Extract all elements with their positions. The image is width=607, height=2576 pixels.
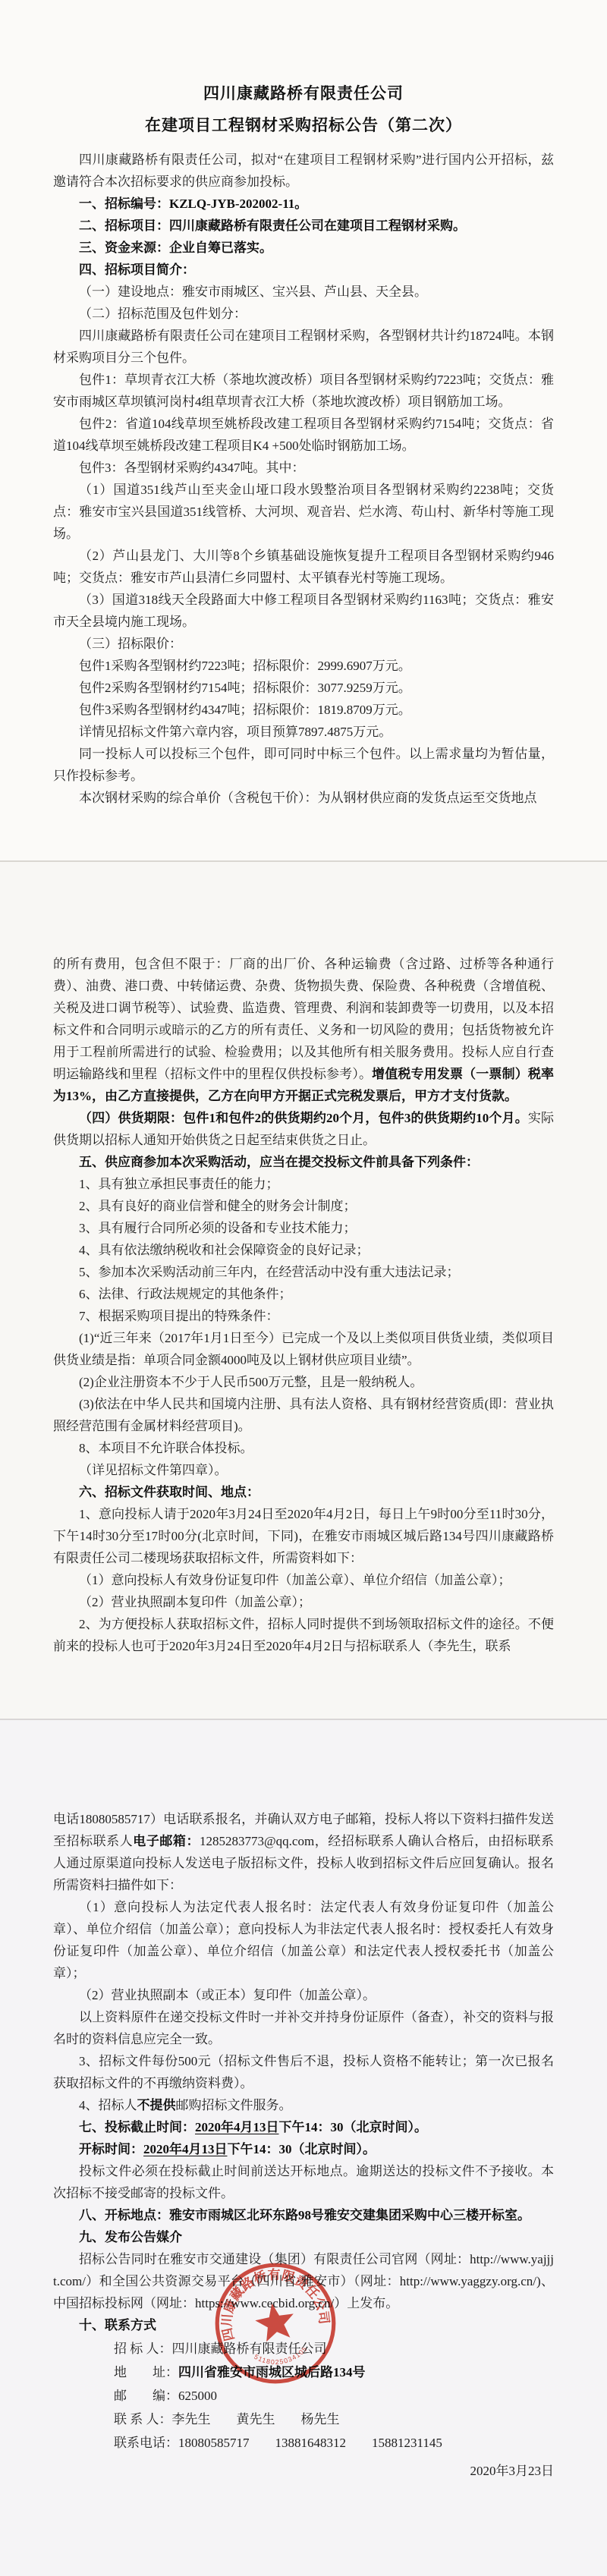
text-run: 2020年4月13日 — [143, 2142, 228, 2156]
condition-6: 6、法律、行政法规规定的其他条件； — [53, 1283, 554, 1305]
text-run: 3、具有履行合同所必须的设备和专业技术能力； — [79, 1221, 357, 1235]
sub-heading: （二）招标范围及包件划分： — [53, 303, 554, 325]
text-run: 七、投标截止时间： — [79, 2120, 195, 2134]
section-heading-8: 八、开标地点：雅安市雨城区北环东路98号雅安交建集团采购中心三楼开标室。 — [53, 2204, 554, 2226]
sub-heading: （一）建设地点：雅安市雨城区、宝兴县、芦山县、天全县。 — [53, 281, 554, 303]
text-run: 2、具有良好的商业信誉和健全的财务会计制度； — [79, 1199, 357, 1213]
contact-tenderer: 招 标 人：四川康藏路桥有限责任公司 — [114, 2338, 554, 2360]
sub-heading: （三）招标限价： — [53, 633, 554, 655]
text-run: 联系电话：18080585717 13881648312 15881231145 — [114, 2436, 442, 2450]
text-run: (3)依法在中华人民共和国境内注册、具有法人资格、具有钢材经营资质(即：营业执照… — [53, 1397, 554, 1433]
text-run: 包件2：省道104线草坝至姚桥段改建工程项目各型钢材采购约7154吨；交货点：省… — [53, 417, 554, 453]
price-limit-2: 包件2采购各型钢材约7154吨；招标限价：3077.9259万元。 — [53, 677, 554, 699]
condition-4: 4、具有依法缴纳税收和社会保障资金的良好记录； — [53, 1239, 554, 1261]
text-run: 5、参加本次采购活动前三年内，在经营活动中没有重大违法记录； — [79, 1265, 460, 1279]
text-run: (1)“近三年来（2017年1月1日至今）已完成一个及以上类似项目供货业绩，类似… — [53, 1331, 554, 1367]
text-run: 联 系 人：李先生 黄先生 杨先生 — [114, 2412, 340, 2427]
page-2: 的所有费用，包含但不限于：厂商的出厂价、各种运输费（含过路、过桥等各种通行费）、… — [0, 860, 607, 1719]
text-run: （2）营业执照副本复印件（加盖公章）； — [79, 1595, 311, 1609]
section-heading-6: 六、招标文件获取时间、地点： — [53, 1481, 554, 1503]
contact-phones: 联系电话：18080585717 13881648312 15881231145 — [114, 2432, 554, 2454]
section-heading-3: 三、资金来源：企业自筹已落实。 — [53, 237, 554, 259]
doc-title: 四川康藏路桥有限责任公司 — [53, 80, 554, 106]
bid-opening-time: 开标时间：2020年4月13日下午14：30（北京时间）。 — [53, 2138, 554, 2160]
page-2-content: 的所有费用，包含但不限于：厂商的出厂价、各种运输费（含过路、过桥等各种通行费）、… — [53, 953, 554, 1657]
package-1-paragraph: 包件1：草坝青衣江大桥（茶地坎渡改桥）项目各型钢材采购约7223吨；交货点：雅安… — [53, 369, 554, 413]
price-limit-3: 包件3采购各型钢材约4347吨；招标限价：1819.8709万元。 — [53, 699, 554, 721]
text-run: 十、联系方式 — [79, 2318, 156, 2332]
section-heading-2: 二、招标项目：四川康藏路桥有限责任公司在建项目工程钢材采购。 — [53, 215, 554, 237]
text-run: 同一投标人可以投标三个包件，即可同时中标三个包件。以上需求量均为暂估量，只作投标… — [53, 747, 554, 783]
text-run: 1、意向投标人请于2020年3月24日至2020年4月2日，每日上午9时00分至… — [53, 1507, 554, 1565]
package-3-item-1: （1）国道351线芦山至夹金山垭口段水毁整治项目各型钢材采购约2238吨；交货点… — [53, 479, 554, 545]
condition-7: 7、根据采购项目提出的特殊条件： — [53, 1305, 554, 1327]
paragraph: 四川康藏路桥有限责任公司在建项目工程钢材采购，各型钢材共计约18724吨。本钢材… — [53, 325, 554, 369]
text-run: （1）国道351线芦山至夹金山垭口段水毁整治项目各型钢材采购约2238吨；交货点… — [53, 483, 554, 541]
condition-8: 8、本项目不允许联合体投标。 — [53, 1437, 554, 1459]
condition-2: 2、具有良好的商业信誉和健全的财务会计制度； — [53, 1195, 554, 1217]
text-run: 包件2采购各型钢材约7154吨；招标限价：3077.9259万元。 — [79, 681, 411, 695]
condition-7-2: (2)企业注册资本不少于人民币500万元整，且是一般纳税人。 — [53, 1371, 554, 1393]
text-run: 地 址： — [114, 2365, 178, 2379]
text-run: 详情见招标文件第六章内容，项目预算7897.4875万元。 — [79, 725, 392, 739]
condition-3: 3、具有履行合同所必须的设备和专业技术能力； — [53, 1217, 554, 1239]
paragraph: 电话18080585717）电话联系报名，并确认双方电子邮箱，投标人将以下资料扫… — [53, 1808, 554, 1896]
section-heading-10: 十、联系方式 — [53, 2314, 554, 2336]
text-run: 邮 编：625000 — [114, 2389, 217, 2403]
text-run: 招标公告同时在雅安市交通建设（集团）有限责任公司官网（网址：http://www… — [53, 2252, 554, 2310]
text-run: 六、招标文件获取时间、地点： — [79, 1485, 259, 1499]
media-paragraph: 招标公告同时在雅安市交通建设（集团）有限责任公司官网（网址：http://www… — [53, 2248, 554, 2314]
text-run: 8、本项目不允许联合体投标。 — [79, 1441, 253, 1455]
text-run: 招 标 人：四川康藏路桥有限责任公司 — [114, 2342, 327, 2356]
text-run: 四川康藏路桥有限责任公司在建项目工程钢材采购，各型钢材共计约18724吨。本钢材… — [53, 329, 554, 365]
text-run: 的所有费用，包含但不限于：厂商的出厂价、各种运输费（含过路、过桥等各种通行费）、… — [53, 957, 554, 1081]
text-run: 一、招标编号：KZLQ-JYB-202002-11。 — [79, 197, 307, 211]
text-run: 2、为方便投标人获取招标文件，招标人同时提供不到场领取招标文件的途径。不便前来的… — [53, 1617, 554, 1653]
section-heading-7: 七、投标截止时间：2020年4月13日下午14：30（北京时间）。 — [53, 2116, 554, 2138]
text-run: 二、招标项目：四川康藏路桥有限责任公司在建项目工程钢材采购。 — [79, 219, 466, 233]
package-3-paragraph: 包件3：各型钢材采购约4347吨。其中： — [53, 457, 554, 479]
page-3-content: 电话18080585717）电话联系报名，并确认双方电子邮箱，投标人将以下资料扫… — [53, 1808, 554, 2454]
text-run: 八、开标地点：雅安市雨城区北环东路98号雅安交建集团采购中心三楼开标室。 — [79, 2208, 530, 2222]
text-run: 2020年4月13日 — [195, 2120, 279, 2134]
text-run: （1）意向投标人有效身份证复印件（加盖公章）、单位介绍信（加盖公章）； — [79, 1573, 511, 1587]
text-run: 不提供 — [137, 2098, 176, 2112]
text-run: （详见招标文件第四章）。 — [79, 1463, 228, 1477]
text-run: 本次钢材采购的综合单价（含税包干价）：为从钢材供应商的发货点运至交货地点 — [79, 791, 537, 805]
paragraph: 同一投标人可以投标三个包件，即可同时中标三个包件。以上需求量均为暂估量，只作投标… — [53, 743, 554, 787]
text-run: （2）营业执照副本（或正本）复印件（加盖公章）。 — [79, 1988, 376, 2002]
condition-1: 1、具有独立承担民事责任的能力； — [53, 1173, 554, 1195]
package-3-item-3: （3）国道318线天全段路面大中修工程项目各型钢材采购约1163吨；交货点：雅安… — [53, 589, 554, 633]
tender-announcement-document: 四川康藏路桥有限责任公司 在建项目工程钢材采购招标公告（第二次） 四川康藏路桥有… — [0, 0, 607, 2576]
text-run: 四川康藏路桥有限责任公司，拟对“在建项目工程钢材采购”进行国内公开招标，兹邀请符… — [53, 153, 554, 189]
text-run: 下午14：30（北京时间）。 — [228, 2142, 376, 2156]
section-heading-9: 九、发布公告媒介 — [53, 2226, 554, 2248]
text-run: 4、招标人 — [79, 2098, 137, 2112]
text-run: （一）建设地点：雅安市雨城区、宝兴县、芦山县、天全县。 — [79, 285, 427, 299]
paragraph: 的所有费用，包含但不限于：厂商的出厂价、各种运输费（含过路、过桥等各种通行费）、… — [53, 953, 554, 1107]
required-doc-2: （2）营业执照副本复印件（加盖公章）； — [53, 1591, 554, 1613]
paragraph: （详见招标文件第四章）。 — [53, 1459, 554, 1481]
paragraph: 4、招标人不提供邮购招标文件服务。 — [53, 2094, 554, 2116]
condition-7-1: (1)“近三年来（2017年1月1日至今）已完成一个及以上类似项目供货业绩，类似… — [53, 1327, 554, 1371]
paragraph: 本次钢材采购的综合单价（含税包干价）：为从钢材供应商的发货点运至交货地点 — [53, 787, 554, 809]
text-run: 九、发布公告媒介 — [79, 2230, 182, 2244]
text-run: 下午14：30（北京时间）。 — [279, 2120, 428, 2134]
text-run: 3、招标文件每份500元（招标文件售后不退，投标人资格不能转让；第一次已报名获取… — [53, 2054, 554, 2090]
text-run: （2）芦山县龙门、大川等8个乡镇基础设施恢复提升工程项目各型钢材采购约946吨；… — [53, 549, 554, 585]
contact-address: 地 址：四川省雅安市雨城区城后路134号 — [114, 2361, 554, 2383]
text-run: （三）招标限价： — [79, 637, 182, 651]
paragraph: 投标文件必须在投标截止时间前送达开标地点。逾期送达的投标文件不予接收。本次招标不… — [53, 2160, 554, 2204]
supply-period-paragraph: （四）供货期限：包件1和包件2的供货期约20个月，包件3的供货期约10个月。实际… — [53, 1107, 554, 1151]
section-heading-4: 四、招标项目简介： — [53, 259, 554, 281]
text-run: 6、法律、行政法规规定的其他条件； — [79, 1287, 292, 1301]
doc-date: 2020年3月23日 — [53, 2460, 554, 2482]
package-2-paragraph: 包件2：省道104线草坝至姚桥段改建工程项目各型钢材采购约7154吨；交货点：省… — [53, 413, 554, 457]
signup-doc-1: （1）意向投标人为法定代表人报名时：法定代表人有效身份证复印件（加盖公章）、单位… — [53, 1896, 554, 1984]
section-heading-1: 一、招标编号：KZLQ-JYB-202002-11。 — [53, 193, 554, 215]
condition-7-3: (3)依法在中华人民共和国境内注册、具有法人资格、具有钢材经营资质(即：营业执照… — [53, 1393, 554, 1437]
page-1: 四川康藏路桥有限责任公司 在建项目工程钢材采购招标公告（第二次） 四川康藏路桥有… — [0, 0, 607, 860]
text-run: 包件1采购各型钢材约7223吨；招标限价：2999.6907万元。 — [79, 659, 411, 673]
package-3-item-2: （2）芦山县龙门、大川等8个乡镇基础设施恢复提升工程项目各型钢材采购约946吨；… — [53, 545, 554, 589]
text-run: 电子邮箱： — [133, 1834, 200, 1848]
text-run: 1、具有独立承担民事责任的能力； — [79, 1177, 279, 1191]
intro-paragraph: 四川康藏路桥有限责任公司，拟对“在建项目工程钢材采购”进行国内公开招标，兹邀请符… — [53, 149, 554, 193]
doc-subtitle: 在建项目工程钢材采购招标公告（第二次） — [53, 112, 554, 138]
text-run: 四、招标项目简介： — [79, 263, 195, 277]
text-run: 三、资金来源：企业自筹已落实。 — [79, 241, 272, 255]
text-run: 邮购招标文件服务。 — [176, 2098, 292, 2112]
text-run: 包件3：各型钢材采购约4347吨。其中： — [79, 461, 305, 475]
section-heading-5: 五、供应商参加本次采购活动，应当在提交投标文件前具备下列条件： — [53, 1151, 554, 1173]
text-run: （1）意向投标人为法定代表人报名时：法定代表人有效身份证复印件（加盖公章）、单位… — [53, 1900, 554, 1980]
paragraph: 以上资料原件在递交投标文件时一并补交并持身份证原件（备查），补交的资料与报名时的… — [53, 2006, 554, 2050]
contact-postcode: 邮 编：625000 — [114, 2385, 554, 2407]
text-run: （3）国道318线天全段路面大中修工程项目各型钢材采购约1163吨；交货点：雅安… — [53, 593, 554, 629]
budget-paragraph: 详情见招标文件第六章内容，项目预算7897.4875万元。 — [53, 721, 554, 743]
text-run: （四）供货期限：包件1和包件2的供货期约20个月，包件3的供货期约10个月。 — [79, 1111, 528, 1125]
text-run: （二）招标范围及包件划分： — [79, 307, 247, 321]
required-doc-1: （1）意向投标人有效身份证复印件（加盖公章）、单位介绍信（加盖公章）； — [53, 1569, 554, 1591]
page-3: 电话18080585717）电话联系报名，并确认双方电子邮箱，投标人将以下资料扫… — [0, 1719, 607, 2576]
condition-5: 5、参加本次采购活动前三年内，在经营活动中没有重大违法记录； — [53, 1261, 554, 1283]
text-run: 包件3采购各型钢材约4347吨；招标限价：1819.8709万元。 — [79, 703, 411, 717]
page-1-content: 四川康藏路桥有限责任公司，拟对“在建项目工程钢材采购”进行国内公开招标，兹邀请符… — [53, 149, 554, 809]
paragraph: 2、为方便投标人获取招标文件，招标人同时提供不到场领取招标文件的途径。不便前来的… — [53, 1613, 554, 1657]
text-run: 包件1：草坝青衣江大桥（茶地坎渡改桥）项目各型钢材采购约7223吨；交货点：雅安… — [53, 373, 554, 409]
text-run: 4、具有依法缴纳税收和社会保障资金的良好记录； — [79, 1243, 370, 1257]
text-run: 开标时间： — [79, 2142, 143, 2156]
text-run: (2)企业注册资本不少于人民币500万元整，且是一般纳税人。 — [79, 1375, 423, 1389]
text-run: 投标文件必须在投标截止时间前送达开标地点。逾期送达的投标文件不予接收。本次招标不… — [53, 2164, 554, 2200]
document-fee-paragraph: 3、招标文件每份500元（招标文件售后不退，投标人资格不能转让；第一次已报名获取… — [53, 2050, 554, 2094]
text-run: 五、供应商参加本次采购活动，应当在提交投标文件前具备下列条件： — [79, 1155, 479, 1169]
text-run: 7、根据采购项目提出的特殊条件： — [79, 1309, 279, 1323]
price-limit-1: 包件1采购各型钢材约7223吨；招标限价：2999.6907万元。 — [53, 655, 554, 677]
text-run: 以上资料原件在递交投标文件时一并补交并持身份证原件（备查），补交的资料与报名时的… — [53, 2010, 554, 2046]
paragraph: 1、意向投标人请于2020年3月24日至2020年4月2日，每日上午9时00分至… — [53, 1503, 554, 1569]
text-run: 四川省雅安市雨城区城后路134号 — [178, 2365, 366, 2379]
contact-persons: 联 系 人：李先生 黄先生 杨先生 — [114, 2408, 554, 2430]
signup-doc-2: （2）营业执照副本（或正本）复印件（加盖公章）。 — [53, 1984, 554, 2006]
